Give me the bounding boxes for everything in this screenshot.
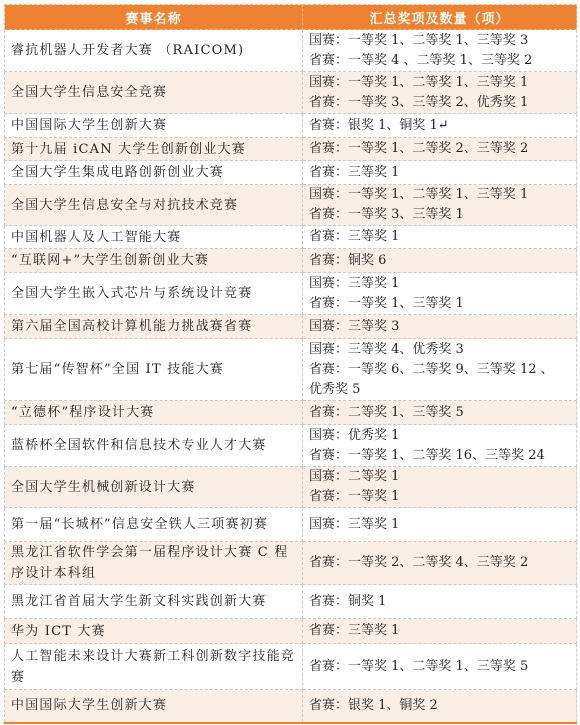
header-award-summary: 汇总奖项及数量（项） — [303, 5, 577, 30]
table-row: 中国国际大学生创新大赛 省赛：银奖 1、铜奖 2 — [5, 690, 577, 723]
competition-name: 黑龙江省软件学会第一届程序设计大赛 C 程序设计本科组 — [5, 542, 303, 585]
award-cell: 省赛：银奖 1、铜奖 1↵ — [303, 114, 577, 138]
award-line: 省赛：一等奖 6、二等奖 9、三等奖 12 、 — [309, 360, 570, 380]
award-line: 国赛：优秀奖 1 — [309, 426, 570, 446]
competition-name: 人工智能未来设计大赛新工科创新数字技能竞赛 — [5, 644, 303, 690]
award-line: 省赛：铜奖 1 — [309, 592, 570, 612]
table-row: 黑龙江省首届大学生新文科实践创新大赛 省赛：铜奖 1 — [5, 585, 577, 619]
award-line: 省赛：一等奖 1、二等奖 16、三等奖 24 — [309, 446, 570, 466]
award-line: 国赛：三等奖 4、优秀奖 3 — [309, 340, 570, 360]
award-line: 省赛：一等奖 1 — [309, 487, 570, 507]
award-line: 省赛：三等奖 1 — [309, 227, 570, 247]
table-row: 华为 ICT 大赛 省赛：三等奖 1 — [5, 619, 577, 644]
table-row: 第一届“长城杯”信息安全铁人三项赛初赛 国赛：三等奖 1 — [5, 508, 577, 542]
award-cell: 省赛：铜奖 1 — [303, 585, 577, 619]
award-cell: 省赛：二等奖 1、三等奖 5 — [303, 401, 577, 425]
award-cell: 国赛：三等奖 3 — [303, 315, 577, 339]
table-row: 全国大学生集成电路创新创业大赛 省赛：三等奖 1 — [5, 161, 577, 185]
table-row: 全国大学生信息安全竞赛 国赛：一等奖 1、二等奖 1、三等奖 1 省赛：一等奖 … — [5, 72, 577, 114]
table-row: 人工智能未来设计大赛新工科创新数字技能竞赛 省赛：一等奖 1、二等奖 1、三等奖… — [5, 644, 577, 690]
competition-name: 全国大学生信息安全竞赛 — [5, 72, 303, 114]
table-row: 第七届“传智杯”全国 IT 技能大赛 国赛：三等奖 4、优秀奖 3 省赛：一等奖… — [5, 339, 577, 401]
award-line: 省赛：一等奖 1、二等奖 1、三等奖 5 — [309, 657, 570, 677]
table-row: 黑龙江省软件学会第一届程序设计大赛 C 程序设计本科组 省赛：一等奖 2、二等奖… — [5, 542, 577, 585]
award-line: 国赛：二等奖 1 — [309, 467, 570, 487]
competition-name: “互联网+”大学生创新创业大赛 — [5, 249, 303, 273]
award-cell: 省赛：铜奖 6 — [303, 249, 577, 273]
award-cell: 国赛：一等奖 1、二等奖 1、三等奖 1 省赛：一等奖 3、三等奖 1 — [303, 185, 577, 226]
competition-name-text: 第十九届 iCAN 大学生创新创业大赛 — [11, 142, 246, 157]
competition-name: “立德杯”程序设计大赛 — [5, 401, 303, 425]
award-cell: 省赛：三等奖 1 — [303, 619, 577, 644]
competition-name: 第一届“长城杯”信息安全铁人三项赛初赛 — [5, 508, 303, 542]
award-cell: 国赛：三等奖 4、优秀奖 3 省赛：一等奖 6、二等奖 9、三等奖 12 、 优… — [303, 339, 577, 401]
competition-name: 华为 ICT 大赛 — [5, 619, 303, 644]
award-cell: 国赛：三等奖 1 省赛：一等奖 1、三等奖 1 — [303, 273, 577, 315]
award-cell: 省赛：一等奖 2、二等奖 4、三等奖 2 — [303, 542, 577, 585]
header-competition-name: 赛事名称 — [5, 5, 303, 30]
award-line: 省赛：银奖 1、铜奖 1↵ — [309, 116, 570, 136]
table-row: 全国大学生机械创新设计大赛 国赛：二等奖 1 省赛：一等奖 1 — [5, 467, 577, 508]
award-line: 省赛：三等奖 1 — [309, 621, 570, 641]
table-row: 睿抗机器人开发者大赛 （RAICOM) 国赛：一等奖 1、二等奖 1、三等奖 3… — [5, 30, 577, 72]
award-line: 省赛：一等奖 2、二等奖 4、三等奖 2 — [309, 553, 570, 573]
award-line: 省赛：铜奖 6 — [309, 251, 570, 271]
award-cell: 国赛：二等奖 1 省赛：一等奖 1 — [303, 467, 577, 508]
award-line: 国赛：一等奖 1、二等奖 1、三等奖 1 — [309, 185, 570, 205]
competition-name: 中国国际大学生创新大赛 — [5, 114, 303, 138]
award-cell: 省赛：三等奖 1 — [303, 161, 577, 185]
competition-name: 全国大学生集成电路创新创业大赛 — [5, 161, 303, 185]
award-line: 省赛：三等奖 1 — [309, 163, 570, 183]
award-line: 省赛：一等奖 3、三等奖 1 — [309, 205, 570, 225]
competition-name: 第七届“传智杯”全国 IT 技能大赛 — [5, 339, 303, 401]
award-line: 省赛：一等奖 3、三等奖 2、优秀奖 1 — [309, 93, 570, 113]
award-line: 国赛：三等奖 3 — [309, 317, 570, 337]
competition-name: 睿抗机器人开发者大赛 （RAICOM) — [5, 30, 303, 72]
award-line: 省赛：一等奖 4 、二等奖 1、三等奖 2 — [309, 51, 570, 71]
competition-name: 中国国际大学生创新大赛 — [5, 690, 303, 723]
award-cell: 国赛：一等奖 1、二等奖 1、三等奖 1 省赛：一等奖 3、三等奖 2、优秀奖 … — [303, 72, 577, 114]
competition-name: 全国大学生机械创新设计大赛 — [5, 467, 303, 508]
table-row: 第六届全国高校计算机能力挑战赛省赛 国赛：三等奖 3 — [5, 315, 577, 339]
award-line: 省赛：二等奖 1、三等奖 5 — [309, 403, 570, 423]
competition-name: 全国大学生信息安全与对抗技术竞赛 — [5, 185, 303, 226]
award-line: 国赛：三等奖 1 — [309, 515, 570, 535]
award-cell: 省赛：三等奖 1 — [303, 226, 577, 249]
table-row: 中国国际大学生创新大赛 省赛：银奖 1、铜奖 1↵ — [5, 114, 577, 138]
award-cell: 省赛：银奖 1、铜奖 2 — [303, 690, 577, 723]
table-row: 全国大学生嵌入式芯片与系统设计竞赛 国赛：三等奖 1 省赛：一等奖 1、三等奖 … — [5, 273, 577, 315]
competition-name: 第十九届 iCAN 大学生创新创业大赛 — [5, 138, 303, 161]
table-row: 蓝桥杯全国软件和信息技术专业人才大赛 国赛：优秀奖 1 省赛：一等奖 1、二等奖… — [5, 425, 577, 467]
table-row: 全国大学生信息安全与对抗技术竞赛 国赛：一等奖 1、二等奖 1、三等奖 1 省赛… — [5, 185, 577, 226]
award-line: 省赛：一等奖 1、二等奖 2、三等奖 2 — [309, 139, 570, 159]
competition-name: 黑龙江省首届大学生新文科实践创新大赛 — [5, 585, 303, 619]
award-line: 省赛：银奖 1、铜奖 2 — [309, 696, 570, 716]
award-line: 优秀奖 5 — [309, 380, 570, 400]
award-line: 国赛：一等奖 1、二等奖 1、三等奖 3 — [309, 31, 570, 51]
competition-name: 蓝桥杯全国软件和信息技术专业人才大赛 — [5, 425, 303, 467]
competition-name: 第六届全国高校计算机能力挑战赛省赛 — [5, 315, 303, 339]
table-row: “立德杯”程序设计大赛 省赛：二等奖 1、三等奖 5 — [5, 401, 577, 425]
table-row: “互联网+”大学生创新创业大赛 省赛：铜奖 6 — [5, 249, 577, 273]
table-row: 第十九届 iCAN 大学生创新创业大赛 省赛：一等奖 1、二等奖 2、三等奖 2 — [5, 138, 577, 161]
award-cell: 省赛：一等奖 1、二等奖 2、三等奖 2 — [303, 138, 577, 161]
award-line: 省赛：一等奖 1、三等奖 1 — [309, 294, 570, 314]
award-line: 国赛：一等奖 1、二等奖 1、三等奖 1 — [309, 73, 570, 93]
awards-summary-table: 赛事名称 汇总奖项及数量（项） 睿抗机器人开发者大赛 （RAICOM) 国赛：一… — [4, 4, 577, 724]
award-cell: 国赛：一等奖 1、二等奖 1、三等奖 3 省赛：一等奖 4 、二等奖 1、三等奖… — [303, 30, 577, 72]
table-header-row: 赛事名称 汇总奖项及数量（项） — [5, 5, 577, 30]
award-cell: 省赛：一等奖 1、二等奖 1、三等奖 5 — [303, 644, 577, 690]
award-cell: 国赛：优秀奖 1 省赛：一等奖 1、二等奖 16、三等奖 24 — [303, 425, 577, 467]
award-cell: 国赛：三等奖 1 — [303, 508, 577, 542]
award-line: 国赛：三等奖 1 — [309, 274, 570, 294]
table-row: 中国机器人及人工智能大赛 省赛：三等奖 1 — [5, 226, 577, 249]
competition-name: 中国机器人及人工智能大赛 — [5, 226, 303, 249]
competition-name: 全国大学生嵌入式芯片与系统设计竞赛 — [5, 273, 303, 315]
